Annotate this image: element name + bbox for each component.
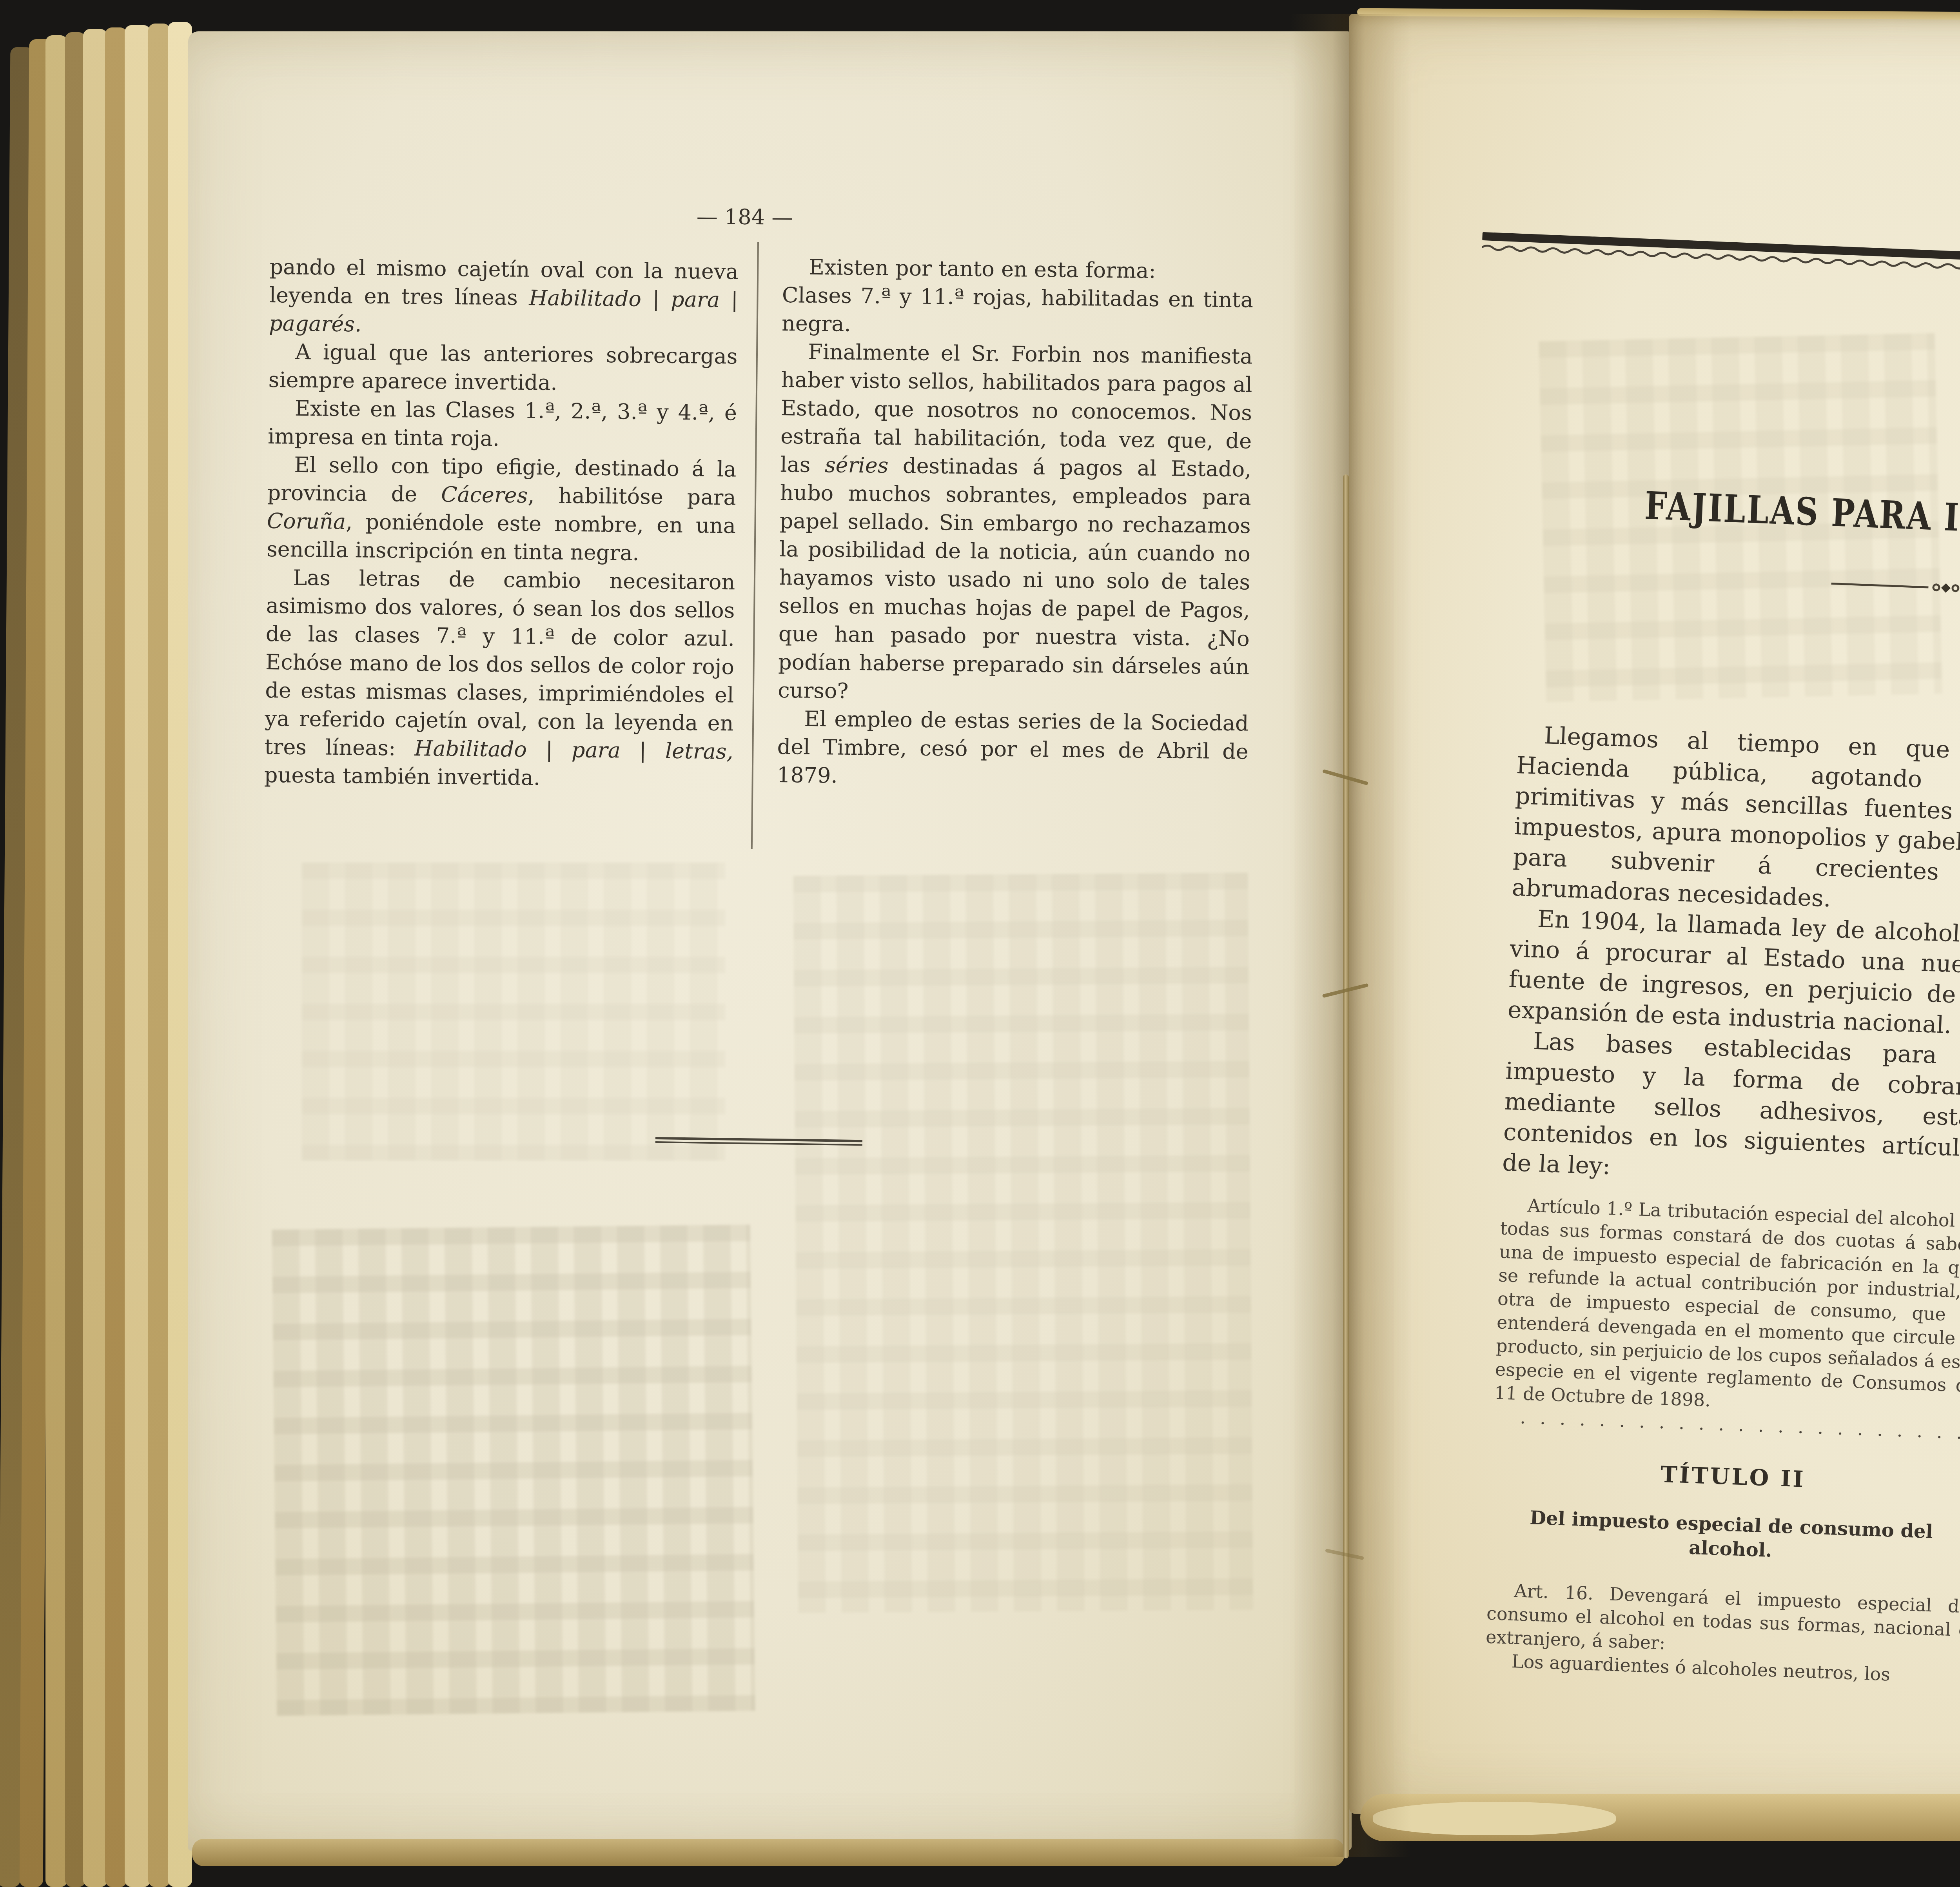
ornament-circle <box>1932 583 1940 592</box>
page-edge <box>45 35 67 1887</box>
right-page-top-edge <box>1357 8 1960 24</box>
paragraph: Artículo 1.º La tributación especial del… <box>1494 1193 1960 1421</box>
text-segment: Coruña <box>267 509 346 534</box>
paragraph: Las letras de cambio necesitaron asimism… <box>264 563 735 794</box>
page-edge <box>105 27 127 1887</box>
right-page-column-1: Llegamos al tiempo en que la Hacienda pú… <box>1485 719 1960 1689</box>
section-heading: TÍTULO II <box>1491 1455 1960 1498</box>
page-edge <box>125 25 151 1887</box>
left-page-bottom-edge <box>192 1839 1345 1866</box>
left-page-column-1: pando el mismo cajetín oval con la nueva… <box>264 253 739 794</box>
paragraph: Llegamos al tiempo en que la Hacienda pú… <box>1512 719 1960 920</box>
text-segment: , habilitóse para <box>528 483 736 510</box>
left-page-column-2: Existen por tanto en esta forma: Clases … <box>777 253 1254 794</box>
text-segment: destinadas á pagos al Estado, hubo mucho… <box>778 453 1252 703</box>
page-number: — 184 — <box>697 204 793 230</box>
paragraph: Las bases establecidas para el impuesto … <box>1502 1025 1960 1195</box>
page-edge <box>83 29 107 1887</box>
paragraph: A igual que las anteriores sobrecargas s… <box>268 338 737 399</box>
binding-thread <box>1343 474 1349 1858</box>
paragraph: pando el mismo cajetín oval con la nueva… <box>269 253 739 343</box>
text-segment: Habilitado | para | letras, <box>414 736 733 764</box>
page-edge <box>65 32 85 1887</box>
page-edge <box>148 24 170 1887</box>
paragraph: Clases 7.ª y 11.ª rojas, habilitadas en … <box>782 281 1253 343</box>
paragraph: El sello con tipo efigie, destinado á la… <box>267 450 737 568</box>
page-number-header: — 184 — <box>662 204 827 230</box>
text-segment: Las letras de cambio necesitaron asimism… <box>264 565 735 761</box>
gutter-shadow <box>1290 14 1411 1857</box>
paragraph: Finalmente el Sr. Forbin nos manifiesta … <box>778 338 1253 710</box>
ornament-diamond <box>1941 583 1950 592</box>
paragraph: El empleo de estas series de la Sociedad… <box>777 705 1249 794</box>
paragraph: Existen por tanto en esta forma: <box>782 253 1254 286</box>
paragraph: Existe en las Clases 1.ª, 2.ª, 3.ª y 4.ª… <box>268 394 737 456</box>
ornament-line <box>1831 582 1929 588</box>
text-segment: séries <box>825 452 889 478</box>
section-subheading: Del impuesto especial de consumo del alc… <box>1489 1504 1960 1570</box>
ornament-circle <box>1951 584 1960 592</box>
text-segment: Cáceres <box>441 482 528 508</box>
open-book-photo: — 184 — pando el mismo cajetín oval con … <box>0 0 1960 1887</box>
paragraph: En 1904, la llamada ley de alcoholes, vi… <box>1507 903 1960 1042</box>
text-segment: puesta también invertida. <box>264 763 541 790</box>
